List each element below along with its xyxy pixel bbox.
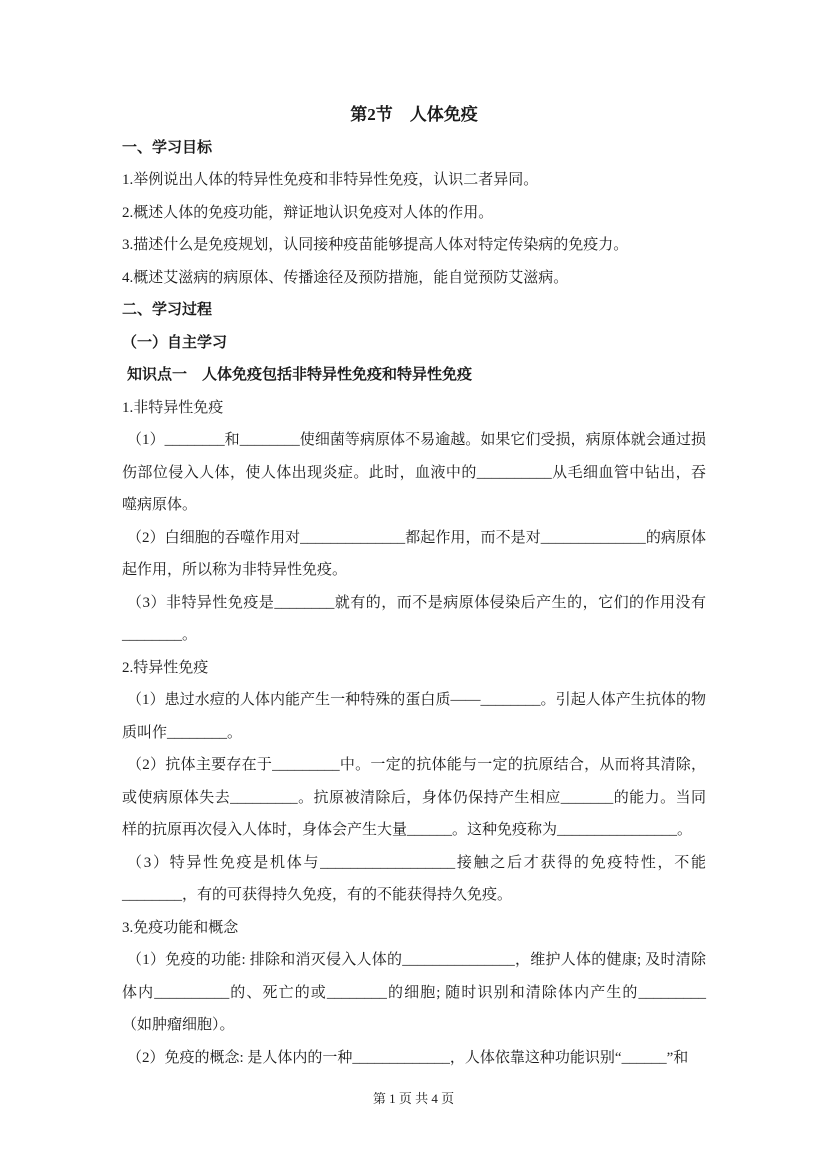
fill-blank-paragraph-concept: （2）免疫的概念: 是人体内的一种_____________，人体依靠这种功能识…: [122, 1042, 706, 1075]
heading-learning-process: 二、学习过程: [122, 294, 706, 327]
fill-blank-paragraph-specific-2: （2）抗体主要存在于_________中。一定的抗体能与一定的抗原结合，从而将其…: [122, 749, 706, 847]
goal-item-1: 1.举例说出人体的特异性免疫和非特异性免疫，认识二者异同。: [122, 164, 706, 197]
document-page: 第2节 人体免疫 一、学习目标 1.举例说出人体的特异性免疫和非特异性免疫，认识…: [0, 0, 827, 1169]
page-number: 第 1 页 共 4 页: [373, 1091, 454, 1106]
fill-blank-paragraph-nonspecific-1: （1）________和________使细菌等病原体不易逾越。如果它们受损，病…: [122, 424, 706, 522]
heading-self-study: （一）自主学习: [122, 327, 706, 360]
fill-blank-paragraph-nonspecific-3: （3）非特异性免疫是________就有的，而不是病原体侵染后产生的，它们的作用…: [122, 587, 706, 652]
fill-blank-paragraph-function: （1）免疫的功能: 排除和消灭侵入人体的_______________，维护人体…: [122, 944, 706, 1042]
fill-blank-paragraph-specific-1: （1）患过水痘的人体内能产生一种特殊的蛋白质——________。引起人体产生抗…: [122, 684, 706, 749]
heading-learning-goals: 一、学习目标: [122, 132, 706, 165]
document-title: 第2节 人体免疫: [122, 99, 706, 132]
heading-knowledge-point-1: 知识点一 人体免疫包括非特异性免疫和特异性免疫: [122, 359, 706, 392]
goal-item-3: 3.描述什么是免疫规划，认同接种疫苗能够提高人体对特定传染病的免疫力。: [122, 229, 706, 262]
subheading-immune-function-concept: 3.免疫功能和概念: [122, 912, 706, 945]
goal-item-4: 4.概述艾滋病的病原体、传播途径及预防措施，能自觉预防艾滋病。: [122, 262, 706, 295]
subheading-nonspecific-immunity: 1.非特异性免疫: [122, 392, 706, 425]
document-body: 第2节 人体免疫 一、学习目标 1.举例说出人体的特异性免疫和非特异性免疫，认识…: [122, 99, 706, 1074]
subheading-specific-immunity: 2.特异性免疫: [122, 652, 706, 685]
goal-item-2: 2.概述人体的免疫功能，辩证地认识免疫对人体的作用。: [122, 197, 706, 230]
fill-blank-paragraph-specific-3: （3）特异性免疫是机体与__________________接触之后才获得的免疫…: [122, 847, 706, 912]
fill-blank-paragraph-nonspecific-2: （2）白细胞的吞噬作用对______________都起作用，而不是对_____…: [122, 522, 706, 587]
page-footer: 第 1 页 共 4 页: [0, 1089, 827, 1109]
